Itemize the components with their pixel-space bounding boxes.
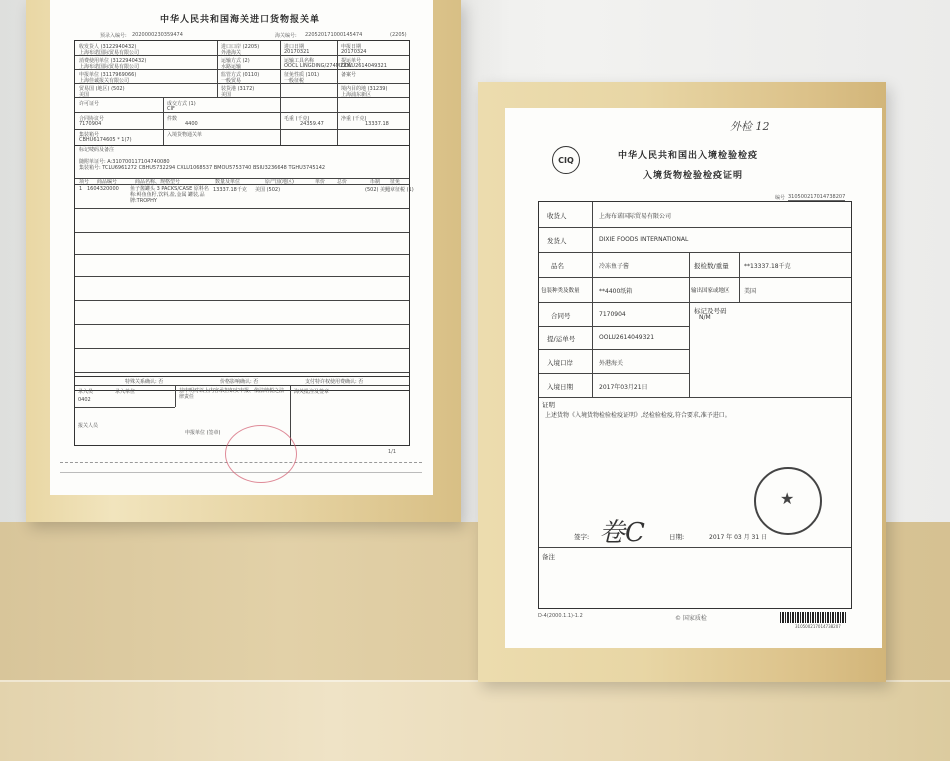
customs-code: (2205) (390, 32, 407, 38)
customs-number-label: 海关编号: (275, 32, 297, 39)
ciq-logo-icon: CIQ (552, 146, 580, 174)
remarks-label: 备注 (542, 552, 555, 561)
certificate-date: 2017 年 03 月 31 日 (709, 532, 767, 541)
issuer-mark: © 国家质检 (675, 613, 707, 622)
pre-entry-number: 2020000230359474 (132, 32, 183, 38)
signature-label: 签字: (574, 532, 589, 541)
customs-doc-title: 中华人民共和国海关进口货物报关单 (160, 12, 320, 25)
certificate-title-line2: 入境货物检验检疫证明 (643, 168, 743, 181)
star-icon: ★ (780, 489, 794, 508)
page-number: 1/1 (388, 449, 396, 455)
shelf-top (0, 680, 950, 761)
certificate-title-line1: 中华人民共和国出入境检验检疫 (618, 148, 758, 161)
barcode-caption: 310500217014738207 (795, 624, 841, 629)
certificate-text: 上述货物《入境货物检验检疫证明》,经检验检疫,符合要求,准予进口。 (545, 410, 731, 419)
declaration-header-grid: 收发货人 (3122940432) 上海布诺国际贸易有限公司 进口口岸 (220… (74, 40, 410, 146)
barcode (780, 612, 846, 623)
signature: 卷C (599, 512, 645, 549)
goods-grid: 标记唛码及备注 随附单证号: A:310700117104740080 集装箱号… (74, 144, 410, 391)
red-customs-seal (225, 425, 297, 483)
handwritten-note: 外检 12 (730, 118, 770, 134)
certificate-label: 证明 (542, 400, 555, 409)
form-code: D-4(2000.1.1)-1.2 (538, 613, 583, 619)
certificate-number: 310500217014738207 (788, 194, 845, 201)
customs-number: 220520171000145474 (305, 32, 362, 38)
customs-declaration-document: 中华人民共和国海关进口货物报关单 预录入编号: 2020000230359474… (50, 0, 433, 495)
inspection-certificate-document: 外检 12 CIQ 中华人民共和国出入境检验检疫 入境货物检验检疫证明 编号 3… (505, 108, 882, 648)
inspection-seal: ★ (754, 467, 822, 535)
certificate-grid: 收货人 上海布诺国际贸易有限公司 发货人 DIXIE FOODS INTERNA… (538, 201, 852, 609)
date-label: 日期: (669, 532, 684, 541)
certificate-number-label: 编号 (775, 194, 785, 201)
pre-entry-label: 预录入编号: (100, 32, 127, 39)
